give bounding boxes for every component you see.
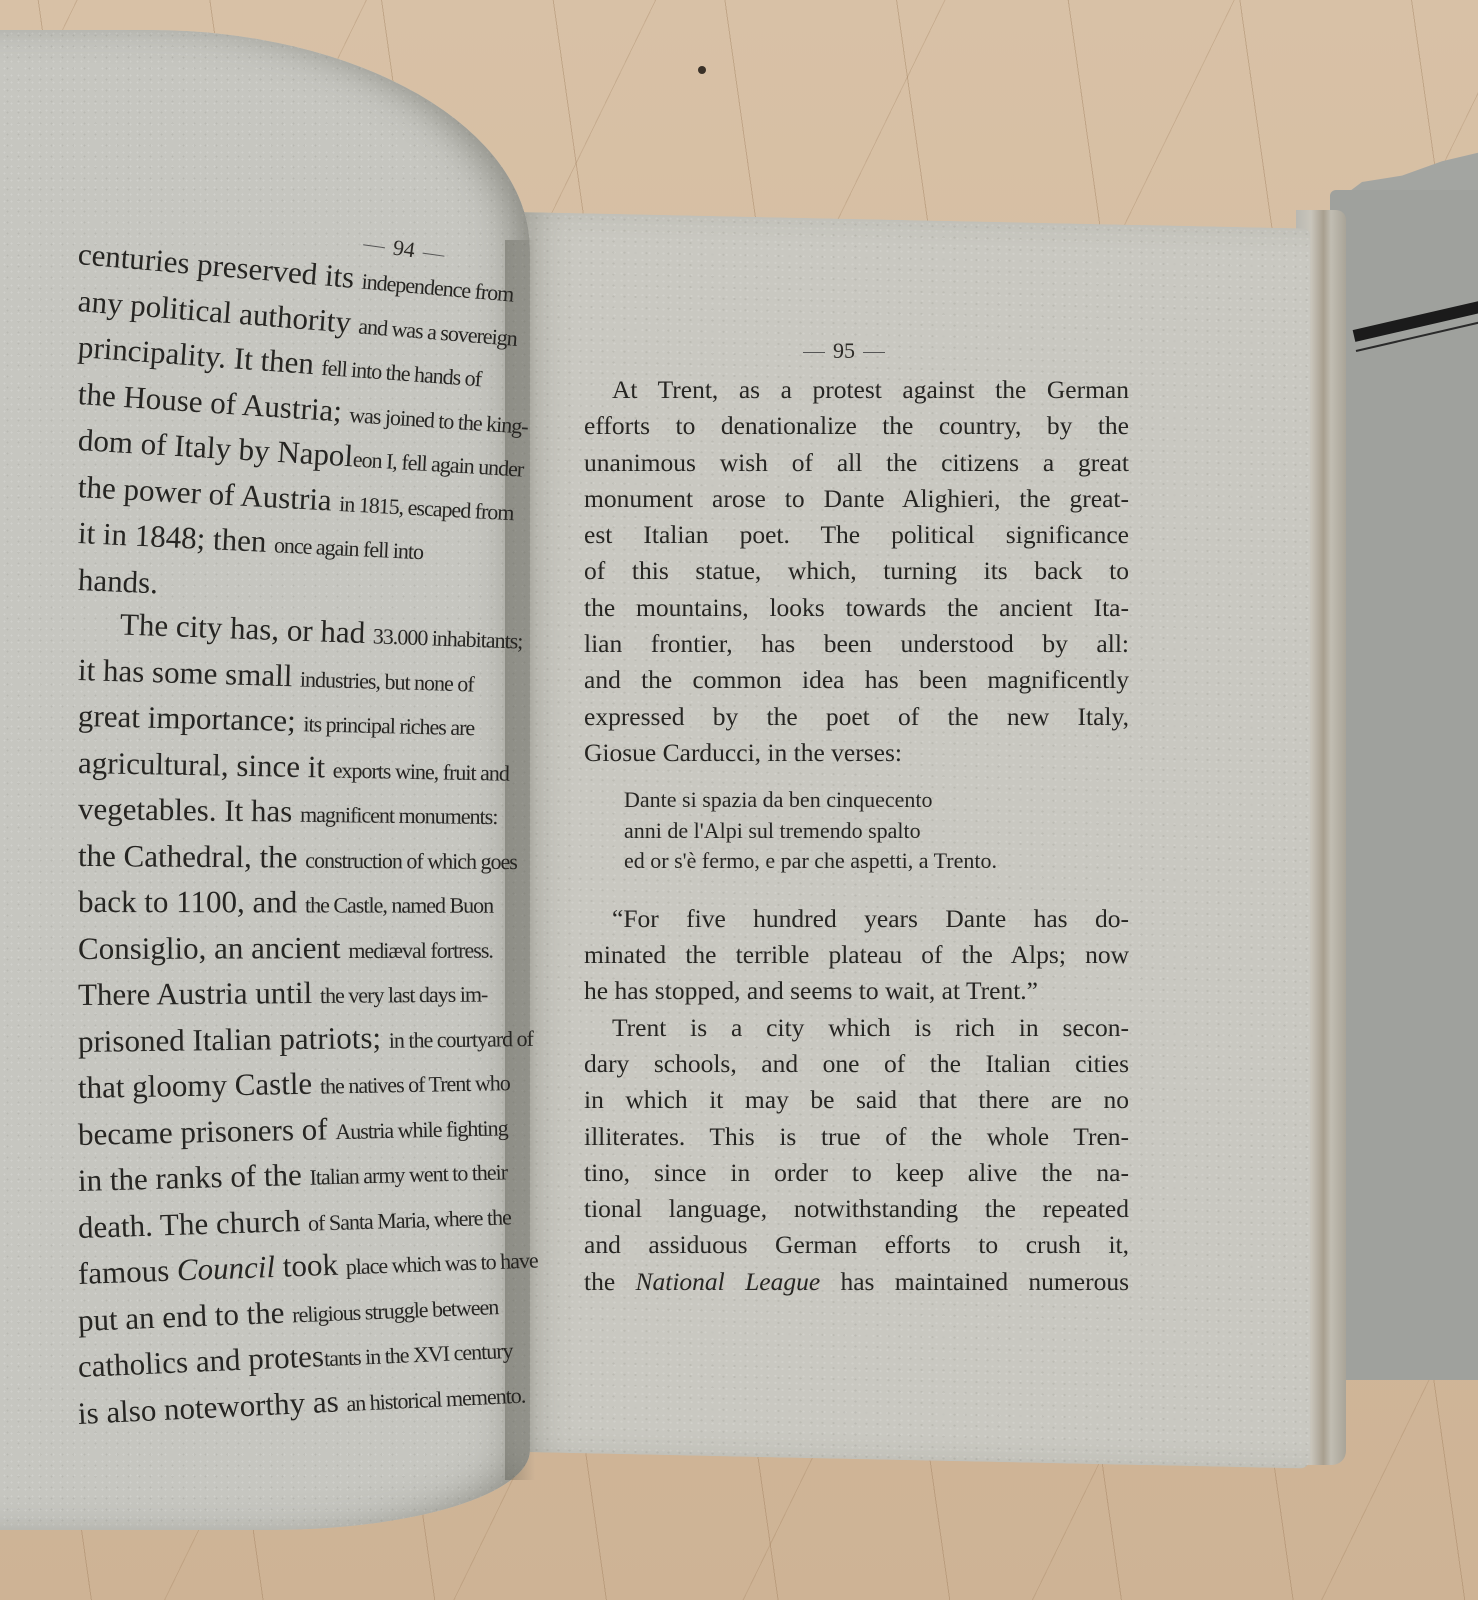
text-line: Consiglio, an ancient mediæval fortress. (78, 925, 538, 973)
text-line: Trent is a city which is rich in secon- (584, 1010, 1129, 1046)
paragraph-schools: Trent is a city which is rich in secon-d… (584, 1010, 1129, 1264)
text-line: dary schools, and one of the Italian cit… (584, 1046, 1129, 1082)
page-number-dash (803, 352, 825, 353)
text-line: tino, since in order to keep alive the n… (584, 1155, 1129, 1191)
text-line: back to 1100, and the Castle, named Buon (78, 880, 538, 927)
left-page-body: centuries preserved its independence fro… (78, 232, 538, 1438)
text-line: Giosue Carducci, in the verses: (584, 735, 1129, 771)
text-line: minated the terrible plateau of the Alps… (584, 937, 1129, 973)
text-line: “For five hundred years Dante has do- (584, 901, 1129, 937)
paragraph-verse-translation: “For five hundred years Dante has do-min… (584, 901, 1129, 1010)
text-line: tional language, notwithstanding the rep… (584, 1191, 1129, 1227)
verse-line: anni de l'Alpi sul tremendo spalto (584, 816, 1129, 847)
desk-speck (698, 66, 706, 74)
carducci-verse: Dante si spazia da ben cinquecentoanni d… (584, 785, 1129, 877)
paragraph-dante-monument: At Trent, as a protest against the Germa… (584, 372, 1129, 771)
text-line: illiterates. This is true of the whole T… (584, 1119, 1129, 1155)
text-line: in which it may be said that there are n… (584, 1082, 1129, 1118)
right-page-body: At Trent, as a protest against the Germa… (584, 372, 1129, 1300)
right-page-number: 95 (795, 338, 893, 364)
text-line: he has stopped, and seems to wait, at Tr… (584, 973, 1129, 1009)
page-number-dash (863, 352, 885, 353)
text-line: There Austria until the very last days i… (78, 969, 538, 1019)
verse-line: ed or s'è fermo, e par che aspetti, a Tr… (584, 846, 1129, 877)
text-line: unanimous wish of all the citizens a gre… (584, 445, 1129, 481)
verse-line: Dante si spazia da ben cinquecento (584, 785, 1129, 816)
text-line: At Trent, as a protest against the Germa… (584, 372, 1129, 408)
text-line: lian frontier, has been understood by al… (584, 626, 1129, 662)
text-line: and assiduous German efforts to crush it… (584, 1227, 1129, 1263)
text-line: monument arose to Dante Alighieri, the g… (584, 481, 1129, 517)
text-line: the mountains, looks towards the ancient… (584, 590, 1129, 626)
text-line: expressed by the poet of the new Italy, (584, 699, 1129, 735)
text-line: and the common idea has been magnificent… (584, 662, 1129, 698)
text-line: vegetables. It has magnificent monuments… (78, 787, 539, 839)
text-line: est Italian poet. The political signific… (584, 517, 1129, 553)
text-line: the Cathedral, the construction of which… (78, 834, 538, 884)
book-back-cover (1330, 190, 1478, 1380)
text-line-national-league: the National League has maintained numer… (584, 1264, 1129, 1300)
text-line: efforts to denationalize the country, by… (584, 408, 1129, 444)
text-line: of this statue, which, turning its back … (584, 553, 1129, 589)
